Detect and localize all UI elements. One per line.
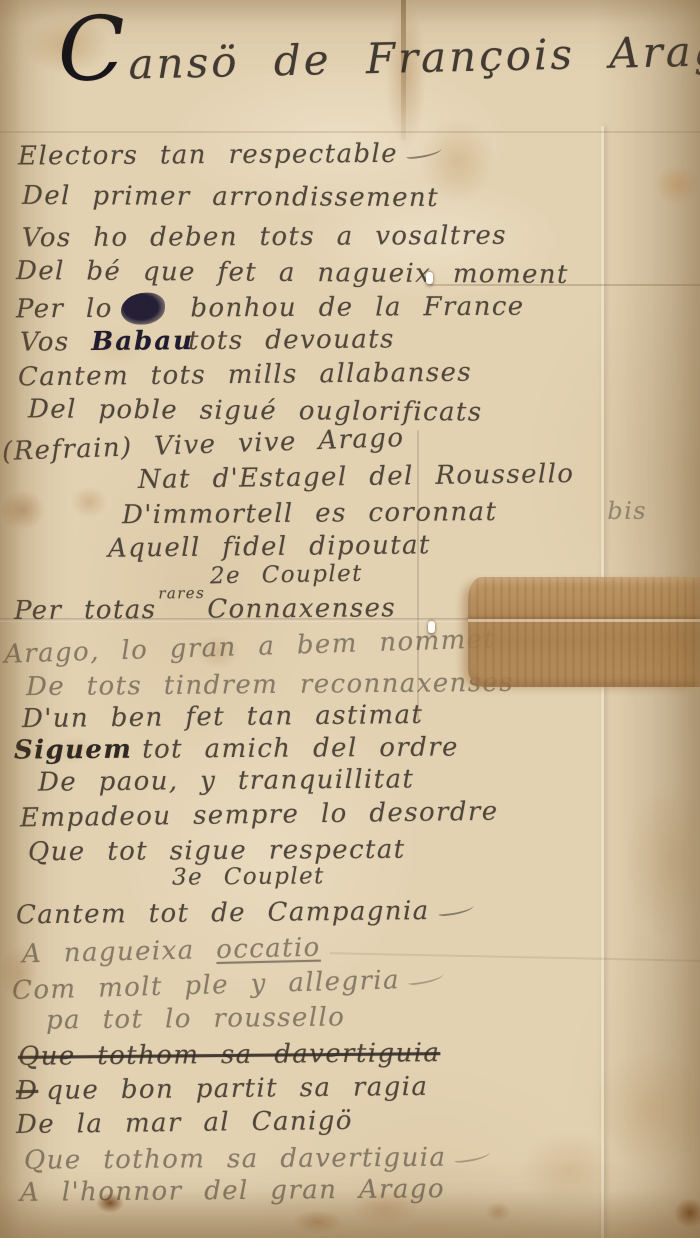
manuscript-line: Del bé que fet a nagueix moment: [16, 256, 569, 290]
pen-flourish-icon: [454, 1150, 491, 1164]
bis-annotation: bis: [607, 497, 647, 525]
manuscript-line: A nagueixa occatio: [22, 933, 321, 970]
line-text: De tots tindrem reconnaxenses: [26, 668, 514, 702]
manuscript-line: D'immortell es coronnatbis: [122, 496, 647, 531]
line-text: Del poble sigué ouglorificats: [28, 394, 483, 427]
manuscript-line: Vos ho deben tots a vosaltres: [22, 221, 507, 254]
tape-residue-stain: [468, 577, 700, 687]
struck-letter: D: [16, 1076, 39, 1106]
manuscript-page: Cansö de François Arago Electors tan res…: [0, 0, 700, 1238]
pen-flourish-icon: [437, 903, 474, 917]
manuscript-line: Que tot sigue respectat: [28, 835, 406, 868]
couplet-heading: 3e Couplet: [172, 863, 325, 890]
manuscript-line: Nat d'Estagel del Roussello: [138, 459, 575, 495]
line-text: D'immortell es coronnat: [122, 497, 498, 530]
line-text: Vos ho deben tots a vosaltres: [22, 221, 507, 254]
pen-flourish-icon: [406, 146, 443, 160]
manuscript-line: Per totasraresConnaxenses: [14, 593, 396, 626]
manuscript-line: Arago, lo gran a bem nommet: [4, 624, 496, 669]
manuscript-line: Cantem tot de Campagnia: [16, 896, 474, 931]
line-text: Vos: [20, 327, 70, 357]
manuscript-line: A l'honnor del gran Arago: [20, 1174, 445, 1208]
manuscript-line: pa tot lo roussello: [46, 1002, 346, 1035]
manuscript-line: Dque bon partit sa ragia: [16, 1072, 429, 1106]
line-text: 3e Couplet: [172, 863, 325, 890]
manuscript-line: Del poble sigué ouglorificats: [28, 394, 483, 427]
line-text: D'un ben fet tan astimat: [22, 700, 424, 734]
line-text: Aquell fidel dipoutat: [108, 530, 431, 563]
line-text: Arago, lo gran a bem nommet: [4, 624, 496, 669]
manuscript-line: (Refrain) Vive vive Arago: [2, 423, 405, 467]
couplet-heading: 2e Couplet: [210, 561, 363, 590]
line-text: Per totas: [14, 595, 157, 626]
ink-blot: [121, 293, 165, 325]
line-text: Que tothom sa davertiguia: [24, 1143, 447, 1176]
line-text: Cantem tots mills allabanses: [18, 358, 472, 393]
underlined-word: occatio: [216, 933, 321, 965]
line-text: pa tot lo roussello: [46, 1002, 346, 1035]
manuscript-line: Que tothom sa davertiguia: [18, 1038, 441, 1072]
manuscript-line: Del primer arrondissement: [22, 181, 439, 213]
line-text: Cantem tot de Campagnia: [16, 896, 430, 930]
line-text: tots devouats: [188, 324, 395, 356]
line-text: Connaxenses: [207, 593, 396, 624]
line-text: (Refrain) Vive vive Arago: [2, 423, 405, 467]
line-text: Per lo: [16, 294, 113, 325]
line-text: 2e Couplet: [210, 561, 363, 590]
pen-flourish-icon: [407, 971, 444, 986]
line-text: Nat d'Estagel del Roussello: [138, 459, 575, 495]
fold-crease: [468, 619, 700, 622]
manuscript-line: Empadeou sempre lo desordre: [20, 797, 499, 834]
pinhole: [426, 272, 433, 284]
line-text: De paou, y tranquillitat: [38, 764, 415, 797]
line-text: bonhou de la France: [190, 292, 524, 324]
fold-crease: [330, 952, 700, 962]
line-text: Del bé que fet a nagueix moment: [16, 256, 569, 290]
line-text: Com molt ple y allegria: [12, 965, 401, 1006]
line-text: A l'honnor del gran Arago: [20, 1174, 445, 1208]
overwritten-word: Siguem: [14, 735, 132, 766]
line-text: que bon partit sa ragia: [46, 1072, 428, 1106]
manuscript-line: Aquell fidel dipoutat: [108, 530, 431, 563]
manuscript-line: Com molt ple y allegria: [12, 964, 445, 1006]
line-text: De la mar al Canigö: [16, 1106, 353, 1140]
overwritten-word: Babau: [91, 326, 194, 357]
manuscript-line: Electors tan respectable: [18, 139, 442, 172]
inserted-word: rares: [158, 584, 205, 602]
manuscript-line: Per lo bonhou de la France: [16, 291, 525, 326]
line-text: Que tot sigue respectat: [28, 835, 406, 868]
line-text: Empadeou sempre lo desordre: [20, 797, 499, 834]
manuscript-line: D'un ben fet tan astimat: [22, 700, 424, 734]
pinhole: [428, 621, 435, 633]
manuscript-line: De paou, y tranquillitat: [38, 764, 415, 797]
manuscript-line: Siguemtot amich del ordre: [14, 732, 459, 765]
manuscript-line: De tots tindrem reconnaxenses: [26, 668, 514, 702]
line-text: Electors tan respectable: [18, 139, 398, 172]
line-text: A nagueixa: [22, 935, 195, 969]
manuscript-line: De la mar al Canigö: [16, 1106, 353, 1140]
line-text: tot amich del ordre: [142, 732, 459, 764]
struck-line-text: Que tothom sa davertiguia: [18, 1038, 441, 1072]
manuscript-line: Vos Babautots devouats: [20, 324, 395, 357]
fold-crease: [0, 131, 700, 133]
manuscript-line: Que tothom sa davertiguia: [24, 1142, 491, 1175]
document-title: Cansö de François Arago: [58, 27, 699, 91]
line-text: Del primer arrondissement: [22, 181, 439, 213]
manuscript-line: Cantem tots mills allabanses: [18, 358, 472, 393]
